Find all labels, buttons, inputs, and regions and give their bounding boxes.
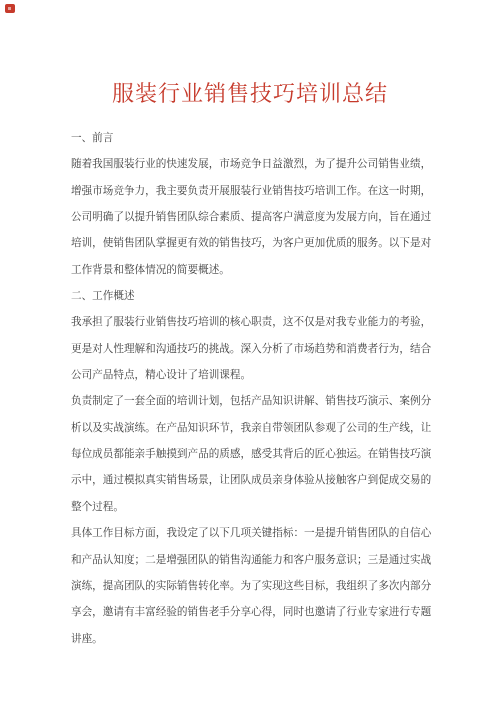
- paragraph-line: 更是对人性理解和沟通技巧的挑战。深入分析了市场趋势和消费者行为，结合: [71, 336, 429, 362]
- paragraph-line: 公司产品特点，精心设计了培训课程。: [71, 362, 429, 388]
- paragraph-line: 公司明确了以提升销售团队综合素质、提高客户满意度为发展方向，旨在通过: [71, 204, 429, 230]
- paragraph-line: 每位成员都能亲手触摸到产品的质感，感受其背后的匠心独运。在销售技巧演: [71, 441, 429, 467]
- corner-mark-icon: [5, 4, 15, 13]
- paragraph-line: 随着我国服装行业的快速发展，市场竞争日益激烈，为了提升公司销售业绩，: [71, 151, 429, 177]
- section-heading-overview: 二、工作概述: [71, 283, 429, 309]
- paragraph-line: 我承担了服装行业销售技巧培训的核心职责，这不仅是对我专业能力的考验，: [71, 309, 429, 335]
- paragraph-line: 享会，邀请有丰富经验的销售老手分享心得，同时也邀请了行业专家进行专题: [71, 599, 429, 625]
- paragraph-line: 演练，提高团队的实际销售转化率。为了实现这些目标，我组织了多次内部分: [71, 573, 429, 599]
- paragraph-line: 和产品认知度；二是增强团队的销售沟通能力和客户服务意识；三是通过实战: [71, 547, 429, 573]
- document-title: 服装行业销售技巧培训总结: [0, 78, 500, 110]
- paragraph-line: 培训，使销售团队掌握更有效的销售技巧，为客户更加优质的服务。以下是对: [71, 230, 429, 256]
- paragraph-line: 增强市场竞争力，我主要负责开展服装行业销售技巧培训工作。在这一时期，: [71, 178, 429, 204]
- paragraph-line: 具体工作目标方面，我设定了以下几项关键指标：一是提升销售团队的自信心: [71, 520, 429, 546]
- paragraph-line: 工作背景和整体情况的简要概述。: [71, 257, 429, 283]
- paragraph-line: 负责制定了一套全面的培训计划，包括产品知识讲解、销售技巧演示、案例分: [71, 388, 429, 414]
- paragraph-line: 析以及实战演练。在产品知识环节，我亲自带领团队参观了公司的生产线，让: [71, 415, 429, 441]
- paragraph-line: 示中，通过模拟真实销售场景，让团队成员亲身体验从接触客户到促成交易的: [71, 467, 429, 493]
- text-body: 一、前言 随着我国服装行业的快速发展，市场竞争日益激烈，为了提升公司销售业绩， …: [71, 125, 429, 652]
- paragraph-line: 整个过程。: [71, 494, 429, 520]
- section-heading-foreword: 一、前言: [71, 125, 429, 151]
- paragraph-line: 讲座。: [71, 626, 429, 652]
- document-page: 服装行业销售技巧培训总结 一、前言 随着我国服装行业的快速发展，市场竞争日益激烈…: [0, 0, 500, 707]
